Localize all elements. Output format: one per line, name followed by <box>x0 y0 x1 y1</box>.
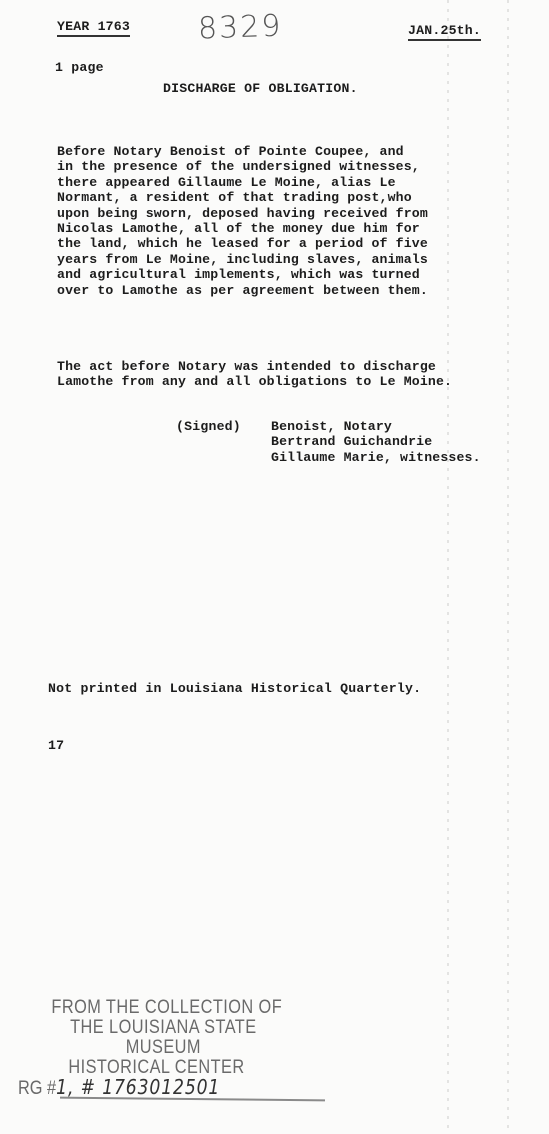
signature-line: Bertrand Guichandrie <box>271 434 541 449</box>
body-paragraph-2: The act before Notary was intended to di… <box>57 359 537 390</box>
paragraph-line: over to Lamothe as per agreement between… <box>57 283 537 298</box>
page-count: 1 page <box>55 60 104 75</box>
paragraph-line: Before Notary Benoist of Pointe Coupee, … <box>57 144 537 159</box>
museum-collection-stamp: FROM THE COLLECTION OF THE LOUISIANA STA… <box>18 998 293 1078</box>
paragraph-line: years from Le Moine, including slaves, a… <box>57 252 537 267</box>
paragraph-line: Nicolas Lamothe, all of the money due hi… <box>57 221 537 236</box>
paragraph-line: upon being sworn, deposed having receive… <box>57 206 537 221</box>
rg-label: RG # <box>18 1078 56 1099</box>
paragraph-line: and agricultural implements, which was t… <box>57 267 537 282</box>
handwritten-catalog-number: 8329 <box>197 9 283 47</box>
year-heading: YEAR 1763 <box>57 19 130 37</box>
paragraph-line: the land, which he leased for a period o… <box>57 236 537 251</box>
document-title: DISCHARGE OF OBLIGATION. <box>163 81 358 96</box>
stamp-line-1: FROM THE COLLECTION OF <box>40 998 293 1018</box>
paragraph-line: Normant, a resident of that trading post… <box>57 190 537 205</box>
body-paragraph-1: Before Notary Benoist of Pointe Coupee, … <box>57 144 537 298</box>
rg-handwritten-number: 1, # 1763012501 <box>56 1075 220 1099</box>
signature-block: Benoist, NotaryBertrand GuichandrieGilla… <box>271 419 541 465</box>
stamp-line-2: THE LOUISIANA STATE MUSEUM <box>33 1018 293 1058</box>
document-page: YEAR 1763 8329 JAN.25th. 1 page DISCHARG… <box>0 0 549 1134</box>
paragraph-line: in the presence of the undersigned witne… <box>57 159 537 174</box>
paragraph-line: Lamothe from any and all obligations to … <box>57 374 537 389</box>
footnote: Not printed in Louisiana Historical Quar… <box>48 681 421 696</box>
rg-underline <box>60 1097 325 1102</box>
date-heading: JAN.25th. <box>408 23 481 41</box>
paragraph-line: The act before Notary was intended to di… <box>57 359 537 374</box>
signed-label: (Signed) <box>176 419 241 434</box>
paragraph-line: there appeared Gillaume Le Moine, alias … <box>57 175 537 190</box>
page-number: 17 <box>48 738 64 753</box>
signature-line: Gillaume Marie, witnesses. <box>271 450 541 465</box>
signature-line: Benoist, Notary <box>271 419 541 434</box>
